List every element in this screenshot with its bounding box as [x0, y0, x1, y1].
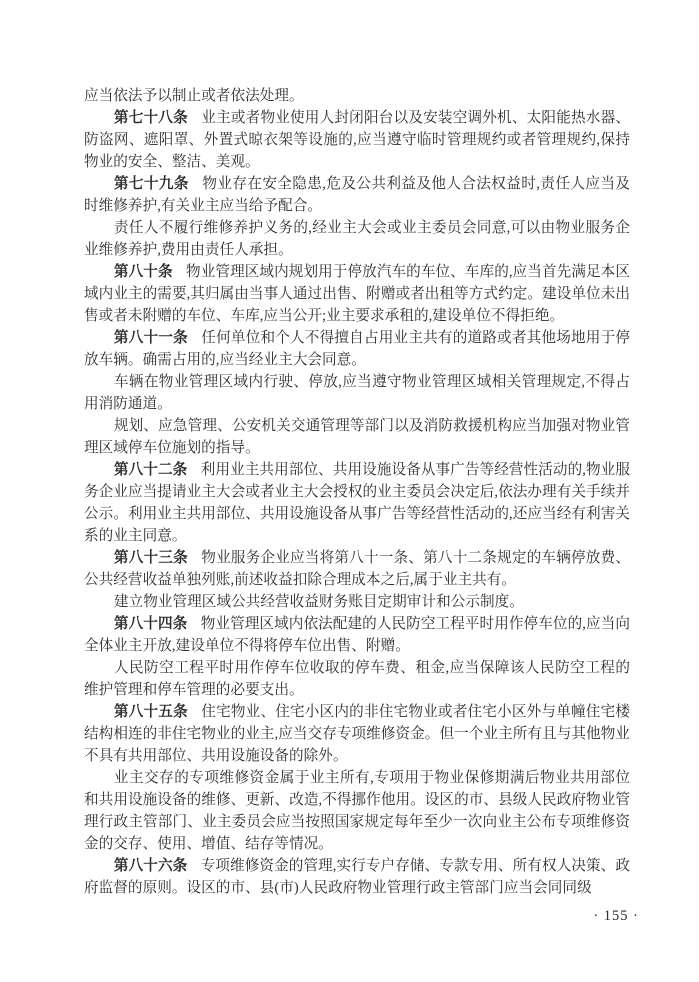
article-number-label: 第八十三条	[114, 550, 188, 566]
paragraph: 业主交存的专项维修资金属于业主所有,专项用于物业保修期满后物业共用部位和共用设施…	[84, 767, 630, 855]
paragraph: 人民防空工程平时用作停车位收取的停车费、租金,应当保障该人民防空工程的维护管理和…	[84, 657, 630, 701]
article-number-label: 第七十九条	[114, 176, 189, 192]
regulation-text-block: 应当依法予以制止或者依法处理。 第七十八条业主或者物业使用人封闭阳台以及安装空调…	[84, 85, 630, 899]
document-page: 应当依法予以制止或者依法处理。 第七十八条业主或者物业使用人封闭阳台以及安装空调…	[0, 0, 699, 982]
article-number-label: 第八十条	[114, 264, 173, 280]
paragraph: 第七十九条物业存在安全隐患,危及公共利益及他人合法权益时,责任人应当及时维修养护…	[84, 173, 630, 217]
paragraph: 第七十八条业主或者物业使用人封闭阳台以及安装空调外机、太阳能热水器、防盗网、遮阳…	[84, 107, 630, 173]
paragraph: 第八十四条物业管理区域内依法配建的人民防空工程平时用作停车位的,应当向全体业主开…	[84, 613, 630, 657]
paragraph: 规划、应急管理、公安机关交通管理等部门以及消防救援机构应当加强对物业管理区域停车…	[84, 415, 630, 459]
paragraph-text: 规划、应急管理、公安机关交通管理等部门以及消防救援机构应当加强对物业管理区域停车…	[84, 418, 630, 456]
paragraph: 第八十二条利用业主共用部位、共用设施设备从事广告等经营性活动的,物业服务企业应当…	[84, 459, 630, 547]
paragraph: 第八十六条专项维修资金的管理,实行专户存储、专款专用、所有权人决策、政府监督的原…	[84, 855, 630, 899]
article-number-label: 第八十四条	[114, 616, 187, 632]
paragraph: 第八十条物业管理区域内规划用于停放汽车的车位、车库的,应当首先满足本区域内业主的…	[84, 261, 630, 327]
article-number-label: 第八十五条	[114, 704, 188, 720]
page-number: · 155 ·	[593, 908, 639, 925]
paragraph: 应当依法予以制止或者依法处理。	[84, 85, 630, 107]
article-number-label: 第七十八条	[114, 110, 188, 126]
paragraph: 第八十一条任何单位和个人不得擅自占用业主共有的道路或者其他场地用于停放车辆。确需…	[84, 327, 630, 371]
paragraph: 责任人不履行维修养护义务的,经业主大会或业主委员会同意,可以由物业服务企业维修养…	[84, 217, 630, 261]
paragraph-text: 应当依法予以制止或者依法处理。	[84, 88, 304, 104]
article-number-label: 第八十一条	[114, 330, 188, 346]
paragraph-text: 人民防空工程平时用作停车位收取的停车费、租金,应当保障该人民防空工程的维护管理和…	[84, 660, 630, 698]
article-number-label: 第八十六条	[114, 858, 187, 874]
article-number-label: 第八十二条	[114, 462, 187, 478]
paragraph-text: 业主交存的专项维修资金属于业主所有,专项用于物业保修期满后物业共用部位和共用设施…	[84, 770, 630, 852]
paragraph: 第八十三条物业服务企业应当将第八十一条、第八十二条规定的车辆停放费、公共经营收益…	[84, 547, 630, 591]
paragraph-text: 建立物业管理区域公共经营收益财务账目定期审计和公示制度。	[114, 594, 524, 610]
paragraph: 车辆在物业管理区域内行驶、停放,应当遵守物业管理区域相关管理规定,不得占用消防通…	[84, 371, 630, 415]
paragraph-text: 车辆在物业管理区域内行驶、停放,应当遵守物业管理区域相关管理规定,不得占用消防通…	[84, 374, 630, 412]
paragraph: 建立物业管理区域公共经营收益财务账目定期审计和公示制度。	[84, 591, 630, 613]
paragraph-text: 责任人不履行维修养护义务的,经业主大会或业主委员会同意,可以由物业服务企业维修养…	[84, 220, 630, 258]
paragraph: 第八十五条住宅物业、住宅小区内的非住宅物业或者住宅小区外与单幢住宅楼结构相连的非…	[84, 701, 630, 767]
